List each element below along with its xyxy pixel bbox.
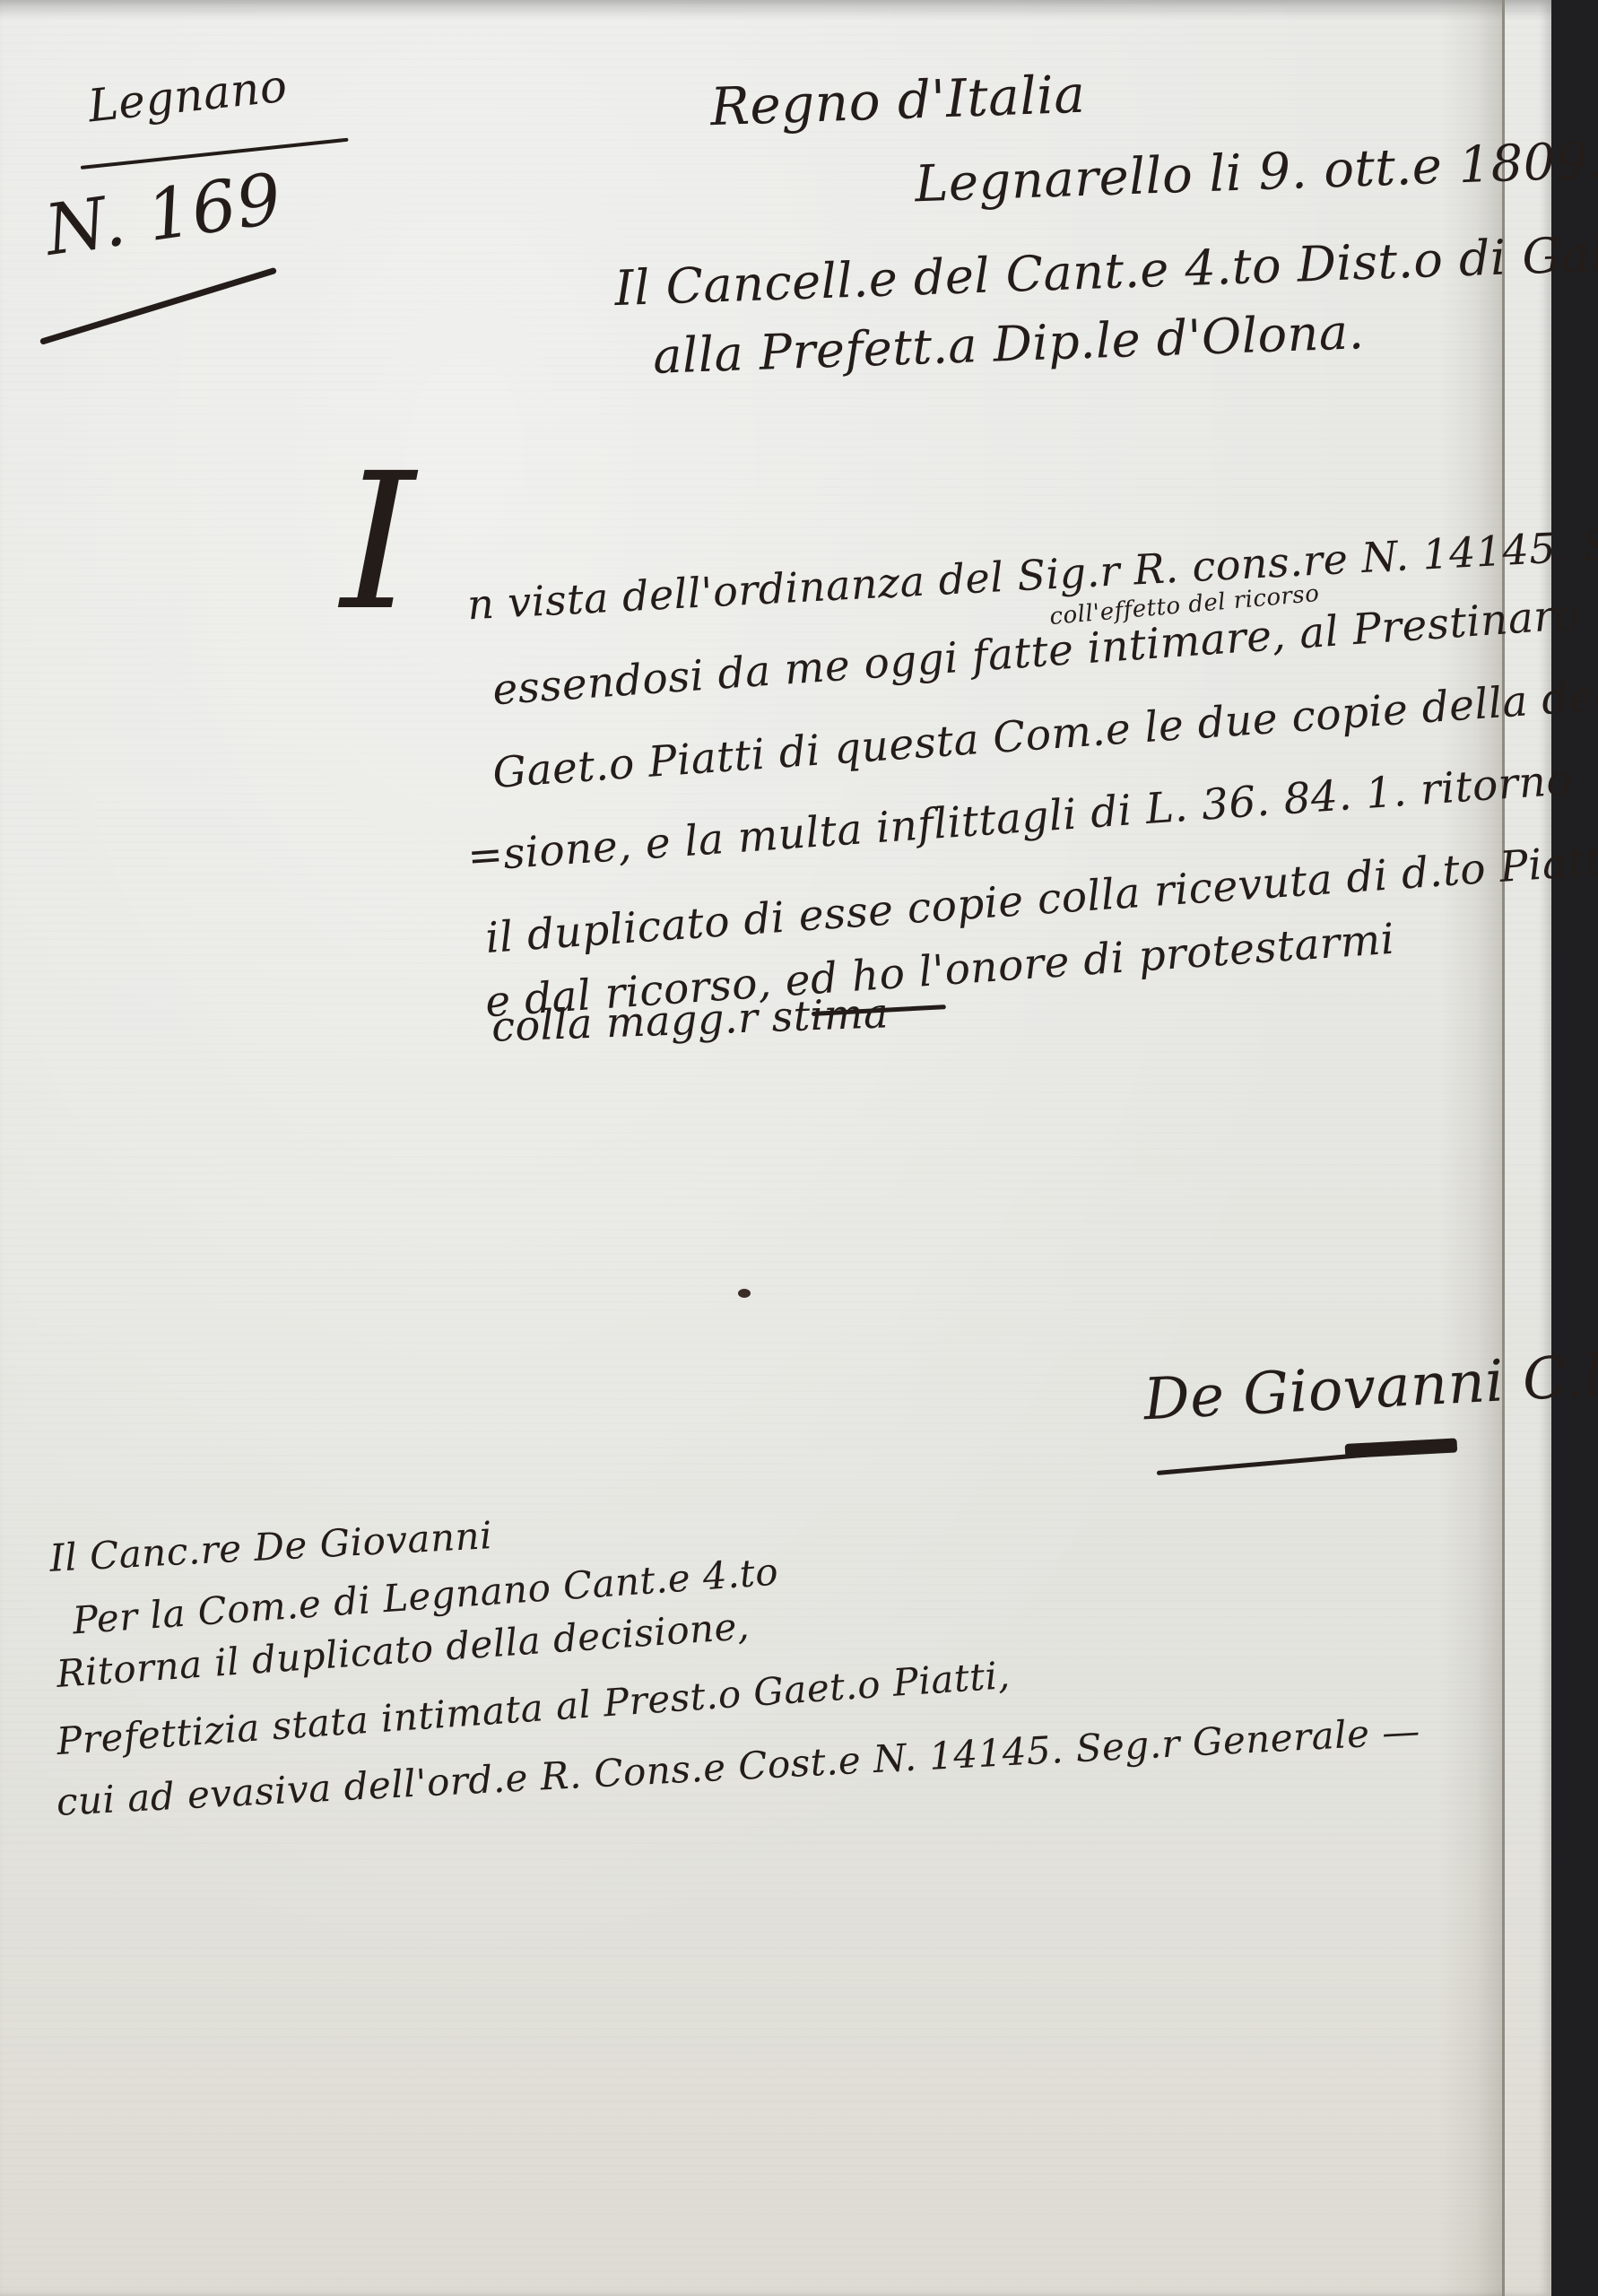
margin-note-underline — [81, 138, 349, 170]
margin-note-place: Legnano — [86, 60, 290, 133]
kingdom-heading: Regno d'Italia — [709, 64, 1087, 138]
decorative-initial: I — [341, 448, 415, 637]
ink-speck — [738, 1289, 751, 1298]
page-top-shadow — [0, 0, 1551, 20]
docket-line-1: Il Canc.re De Giovanni — [48, 1513, 493, 1580]
recipient-line: alla Prefett.a Dip.le d'Olona. — [652, 303, 1365, 385]
margin-note-underscore — [39, 267, 277, 345]
manuscript-page: Legnano N. 169 Regno d'Italia Legnarello… — [0, 0, 1551, 2296]
page-torn-edge — [1439, 0, 1505, 2296]
signature: De Giovanni C.le — [1142, 1342, 1598, 1434]
margin-note-number: N. 169 — [40, 159, 287, 272]
